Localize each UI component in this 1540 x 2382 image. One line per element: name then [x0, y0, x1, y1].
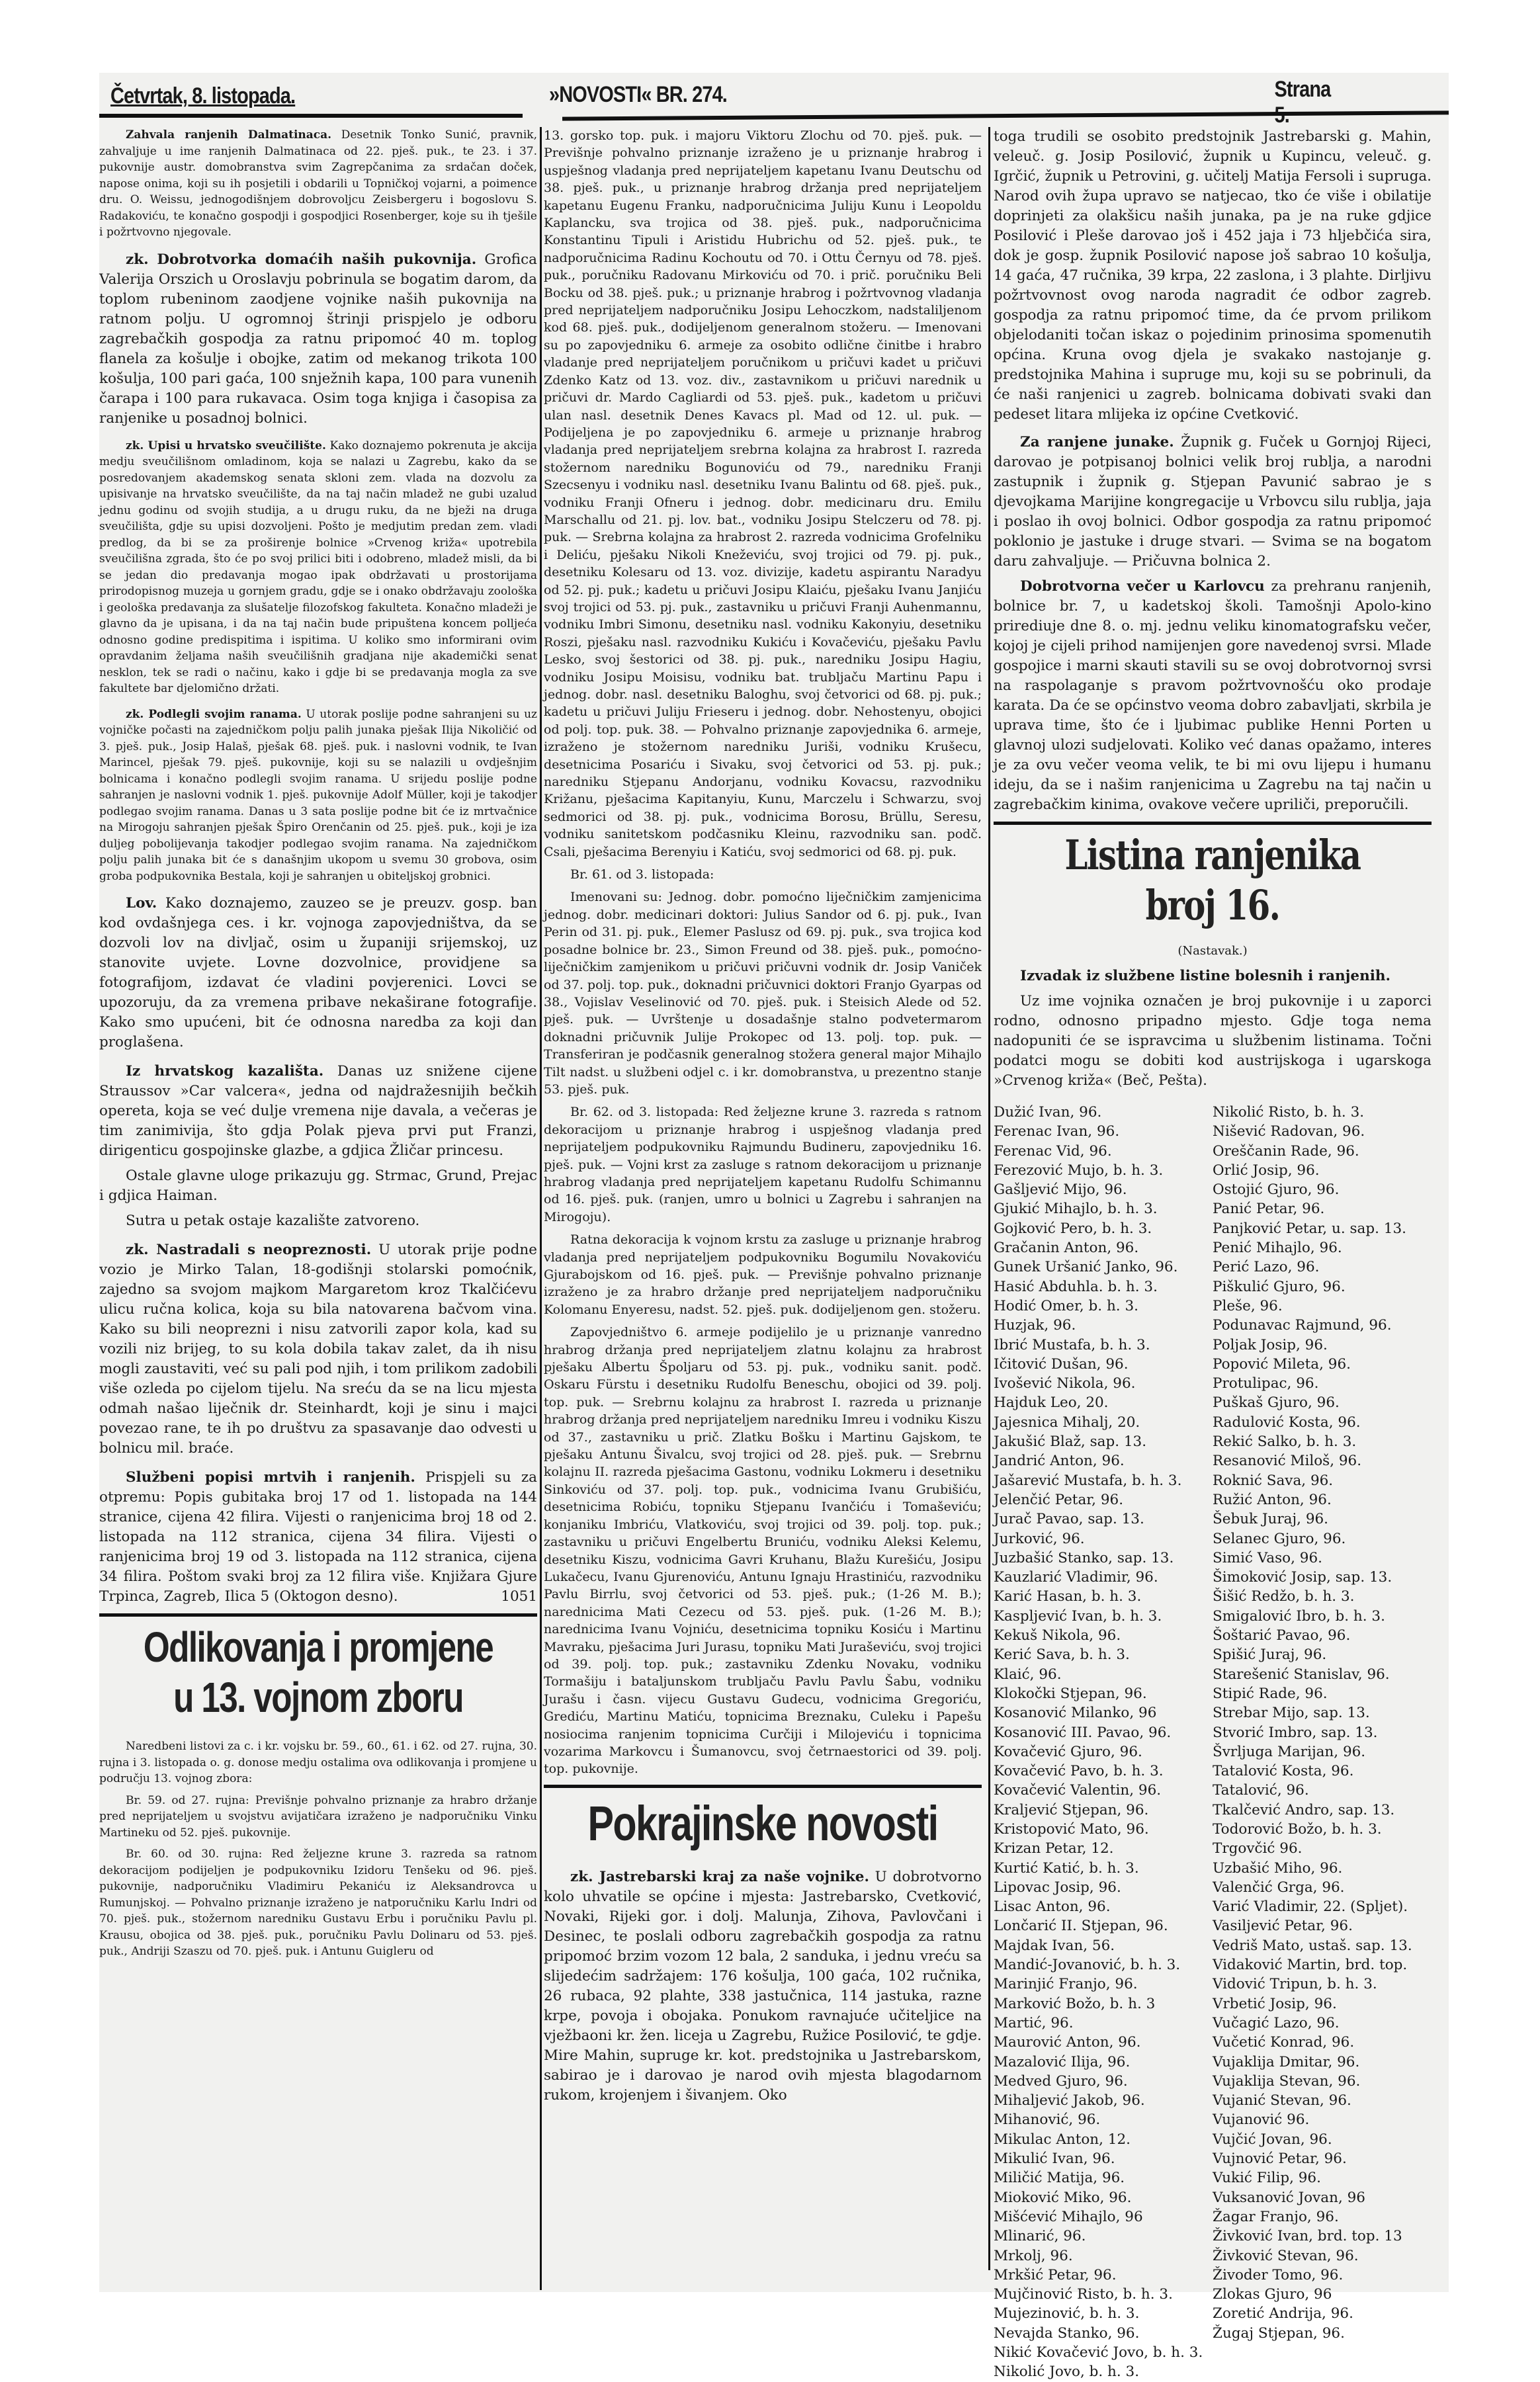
article-jastrebarski: zk. Jastrebarski kraj za naše vojnike. U… [544, 1867, 982, 2106]
list-item: Todorović Božo, b. h. 3. [1213, 1820, 1432, 1839]
article-podlegli: zk. Podlegli svojim ranama. U utorak pos… [99, 706, 537, 885]
list-item: Varić Vladimir, 22. (Spljet). [1213, 1897, 1432, 1916]
list-item: Mrkšić Petar, 96. [994, 2266, 1213, 2285]
list-item: Vujaklija Stevan, 96. [1213, 2072, 1432, 2091]
list-item: Mikulac Anton, 12. [994, 2130, 1213, 2149]
list-item: Švrljuga Marijan, 96. [1213, 1742, 1432, 1762]
list-item: Vuksanović Jovan, 96 [1213, 2188, 1432, 2207]
list-item: Mikulić Ivan, 96. [994, 2149, 1213, 2168]
list-item: Lipovac Josip, 96. [994, 1878, 1213, 1897]
ad-number: 1051 [474, 1587, 537, 1607]
zapovjednistvo-6-armeje: Zapovjedništvo 6. armeje podijelilo je u… [544, 1324, 982, 1778]
list-item: Vučetić Konrad, 96. [1213, 2033, 1432, 2052]
section-rule [99, 1613, 537, 1617]
list-item: Jajesnica Mihalj, 20. [994, 1413, 1213, 1432]
list-item: Jašarević Mustafa, b. h. 3. [994, 1471, 1213, 1490]
page-number: Strana 5. [1275, 77, 1331, 128]
list-item: Orlić Josip, 96. [1213, 1161, 1432, 1180]
list-item: Nišević Radovan, 96. [1213, 1122, 1432, 1141]
list-item: Vrbetić Josip, 96. [1213, 1994, 1432, 2014]
list-item: Miličić Matija, 96. [994, 2168, 1213, 2188]
list-item: Vujanović 96. [1213, 2110, 1432, 2129]
list-item: Zlokas Gjuro, 96 [1213, 2285, 1432, 2304]
list-item: Klaić, 96. [994, 1665, 1213, 1684]
article-nastradali: zk. Nastradali s neopreznosti. U utorak … [99, 1240, 537, 1459]
list-item: Simić Vaso, 96. [1213, 1549, 1432, 1568]
list-item: Stipić Rade, 96. [1213, 1684, 1432, 1703]
list-item: Huzjak, 96. [994, 1316, 1213, 1335]
list-item: Valenčić Grga, 96. [1213, 1878, 1432, 1897]
headline-pokrajinske-novosti: Pokrajinske novosti [587, 1793, 938, 1854]
list-item: Kurtić Katić, b. h. 3. [994, 1859, 1213, 1878]
list-item: Lisac Anton, 96. [994, 1897, 1213, 1916]
list-item: Gjukić Mihajlo, b. h. 3. [994, 1199, 1213, 1218]
list-item: Medved Gjuro, 96. [994, 2072, 1213, 2091]
list-item: Protulipac, 96. [1213, 1374, 1432, 1393]
list-item: Mišćević Mihajlo, 96 [994, 2207, 1213, 2227]
list-item: Marković Božo, b. h. 3 [994, 1994, 1213, 2014]
list-item: Živković Stevan, 96. [1213, 2246, 1432, 2266]
list-item: Ostojić Gjuro, 96. [1213, 1180, 1432, 1199]
list-item: Mandić-Jovanović, b. h. 3. [994, 1955, 1213, 1975]
ratna-dekoracija: Ratna dekoracija k vojnom krstu za zaslu… [544, 1231, 982, 1318]
masthead: Četvrtak, 8. listopada. »NOVOSTI« BR. 27… [99, 73, 1246, 119]
article-zahvala: Zahvala ranjenih Dalmatinaca. Desetnik T… [99, 127, 537, 241]
list-item: Kovačević Gjuro, 96. [994, 1742, 1213, 1762]
list-item: Mlinarić, 96. [994, 2227, 1213, 2246]
list-item: Šoštarić Pavao, 96. [1213, 1626, 1432, 1645]
list-item: Puškaš Gjuro, 96. [1213, 1393, 1432, 1412]
list-item: Jurač Pavao, sap. 13. [994, 1510, 1213, 1529]
list-item: Poljak Josip, 96. [1213, 1336, 1432, 1355]
list-item: Klokočki Stjepan, 96. [994, 1684, 1213, 1703]
list-item: Lončarić II. Stjepan, 96. [994, 1916, 1213, 1935]
list-item: Strebar Mijo, sap. 13. [1213, 1703, 1432, 1723]
wounded-names-list: Dužić Ivan, 96.Ferenac Ivan, 96.Ferenac … [994, 1103, 1432, 2307]
list-item: Ružić Anton, 96. [1213, 1490, 1432, 1510]
list-item: Mihanović, 96. [994, 2110, 1213, 2129]
list-item: Ibrić Mustafa, b. h. 3. [994, 1336, 1213, 1355]
list-item: Kekuš Nikola, 96. [994, 1626, 1213, 1645]
list-item: Gašljević Mijo, 96. [994, 1180, 1213, 1199]
masthead-rule-left [99, 114, 523, 118]
list-item: Jurković, 96. [994, 1529, 1213, 1549]
list-item: Hodić Omer, b. h. 3. [994, 1297, 1213, 1316]
list-item: Ferenac Vid, 96. [994, 1142, 1213, 1161]
br61-text: Imenovani su: Jednog. dobr. pomoćno lije… [544, 888, 982, 1098]
list-item: Ferenac Ivan, 96. [994, 1122, 1213, 1141]
article-kazaliste-2: Ostale glavne uloge prikazuju gg. Strmac… [99, 1166, 537, 1206]
list-item: Roknić Sava, 96. [1213, 1471, 1432, 1490]
list-item: Ičitović Dušan, 96. [994, 1355, 1213, 1374]
list-item: Vidaković Martin, brd. top. [1213, 1955, 1432, 1975]
list-item: Vukić Filip, 96. [1213, 2168, 1432, 2188]
list-item: Vasiljević Petar, 96. [1213, 1916, 1432, 1935]
list-item: Panjković Petar, u. sap. 13. [1213, 1219, 1432, 1238]
odlikovanja-br60: Br. 60. od 30. rujna: Red željezne krune… [99, 1846, 537, 1960]
list-item: Popović Mileta, 96. [1213, 1355, 1432, 1374]
odlikovanja-br59: Br. 59. od 27. rujna: Previšnje pohvalno… [99, 1793, 537, 1842]
list-item: Jandrić Anton, 96. [994, 1451, 1213, 1470]
list-item: Zoretić Andrija, 96. [1213, 2304, 1432, 2307]
headline-odlikovanja: Odlikovanja i promjene u 13. vojnom zbor… [143, 1622, 493, 1723]
list-item: Kerić Sava, b. h. 3. [994, 1645, 1213, 1664]
list-item: Gunek Uršanić Janko, 96. [994, 1257, 1213, 1277]
list-item: Kaspljević Ivan, b. h. 3. [994, 1607, 1213, 1626]
list-item: Rekić Salko, b. h. 3. [1213, 1432, 1432, 1451]
listina-lead: Izvadak iz službene listine bolesnih i r… [994, 966, 1432, 986]
decorations-list: 13. gorsko top. puk. i majoru Viktoru Zl… [544, 127, 982, 861]
article-popisi: Službeni popisi mrtvih i ranjenih. Prisp… [99, 1468, 537, 1607]
list-item: Vujanić Stevan, 96. [1213, 2091, 1432, 2110]
list-item: Vidović Tripun, b. h. 3. [1213, 1975, 1432, 1994]
br62-text: Br. 62. od 3. listopada: Red željezne kr… [544, 1103, 982, 1226]
list-item: Spišić Juraj, 96. [1213, 1645, 1432, 1664]
list-item: Juzbašić Stanko, sap. 13. [994, 1549, 1213, 1568]
column-1: Zahvala ranjenih Dalmatinaca. Desetnik T… [99, 127, 537, 1965]
article-kazaliste: Iz hrvatskog kazališta. Danas uz snižene… [99, 1062, 537, 1161]
list-item: Živoder Tomo, 96. [1213, 2266, 1432, 2285]
article-upisi: zk. Upisi u hrvatsko sveučilište. Kako d… [99, 438, 537, 697]
list-item: Žagar Franjo, 96. [1213, 2207, 1432, 2227]
list-item: Ivošević Nikola, 96. [994, 1374, 1213, 1393]
newspaper-page: Četvrtak, 8. listopada. »NOVOSTI« BR. 27… [99, 73, 1449, 2292]
list-item: Šebuk Juraj, 96. [1213, 1510, 1432, 1529]
jastrebarski-continued: toga trudili se osobito predstojnik Jast… [994, 127, 1432, 425]
list-item: Šišić Redžo, b. h. 3. [1213, 1587, 1432, 1606]
list-item: Kraljević Stjepan, 96. [994, 1801, 1213, 1820]
list-item: Starešenić Stanislav, 96. [1213, 1665, 1432, 1684]
column-2: 13. gorsko top. puk. i majoru Viktoru Zl… [544, 127, 982, 2111]
list-item: Ferezović Mujo, b. h. 3. [994, 1161, 1213, 1180]
list-item: Kristopović Mato, 96. [994, 1820, 1213, 1839]
list-item: Stvorić Imbro, sap. 13. [1213, 1723, 1432, 1742]
list-item: Kovačević Valentin, 96. [994, 1781, 1213, 1800]
list-item: Radulović Kosta, 96. [1213, 1413, 1432, 1432]
list-item: Mrkolj, 96. [994, 2246, 1213, 2266]
list-item: Mioković Miko, 96. [994, 2188, 1213, 2207]
list-item: Mazalović Ilija, 96. [994, 2053, 1213, 2072]
list-item: Kauzlarić Vladimir, 96. [994, 1568, 1213, 1587]
column-divider [988, 127, 990, 2270]
br61-title: Br. 61. od 3. listopada: [544, 866, 982, 883]
list-item: Dužić Ivan, 96. [994, 1103, 1213, 1122]
list-item: Karić Hasan, b. h. 3. [994, 1587, 1213, 1606]
article-karlovac: Dobrotvorna večer u Karlovcu za prehranu… [994, 577, 1432, 815]
list-item: Martić, 96. [994, 2014, 1213, 2033]
list-item: Kosanović Milanko, 96 [994, 1703, 1213, 1723]
list-item: Krizan Petar, 12. [994, 1839, 1213, 1858]
list-item: Vujčić Jovan, 96. [1213, 2130, 1432, 2149]
article-ranjene-junake: Za ranjene junake. Župnik g. Fuček u Gor… [994, 433, 1432, 572]
headline-listina-ranjenika: Listina ranjenika broj 16. [1037, 830, 1388, 931]
list-item: Marinjić Franjo, 96. [994, 1975, 1213, 1994]
article-dobrotvorka: zk. Dobrotvorka domaćih naših pukovnija.… [99, 250, 537, 429]
list-item: Panić Petar, 96. [1213, 1199, 1432, 1218]
names-column-right: Nikolić Risto, b. h. 3.Nišević Radovan, … [1213, 1103, 1432, 2307]
list-item: Gojković Pero, b. h. 3. [994, 1219, 1213, 1238]
article-lov: Lov. Kako doznajemo, zauzeo se je preuzv… [99, 894, 537, 1052]
column-3: toga trudili se osobito predstojnik Jast… [994, 127, 1432, 2307]
list-item: Živković Ivan, brd. top. 13 [1213, 2227, 1432, 2246]
list-item: Jakušić Blaž, sap. 13. [994, 1432, 1213, 1451]
list-item: Uzbašić Miho, 96. [1213, 1859, 1432, 1878]
list-item: Kovačević Pavo, b. h. 3. [994, 1762, 1213, 1781]
paper-title: »NOVOSTI« BR. 274. [549, 82, 727, 108]
list-item: Nikolić Risto, b. h. 3. [1213, 1103, 1432, 1122]
list-item: Oreščanin Rade, 96. [1213, 1142, 1432, 1161]
list-item: Kosanović III. Pavao, 96. [994, 1723, 1213, 1742]
list-item: Resanović Miloš, 96. [1213, 1451, 1432, 1470]
list-item: Smigalović Ibro, b. h. 3. [1213, 1607, 1432, 1626]
list-item: Hajduk Leo, 20. [994, 1393, 1213, 1412]
column-divider [540, 127, 542, 2290]
list-item: Jelenčić Petar, 96. [994, 1490, 1213, 1510]
list-item: Piškulić Gjuro, 96. [1213, 1277, 1432, 1297]
list-item: Vujaklija Dmitar, 96. [1213, 2053, 1432, 2072]
list-item: Šimoković Josip, sap. 13. [1213, 1568, 1432, 1587]
list-item: Trgovčić 96. [1213, 1839, 1432, 1858]
names-column-left: Dužić Ivan, 96.Ferenac Ivan, 96.Ferenac … [994, 1103, 1213, 2307]
list-item: Perić Lazo, 96. [1213, 1257, 1432, 1277]
list-item: Mihaljević Jakob, 96. [994, 2091, 1213, 2110]
listina-subtitle: (Nastavak.) [994, 941, 1432, 961]
list-item: Vučagić Lazo, 96. [1213, 2014, 1432, 2033]
list-item: Tatalović Kosta, 96. [1213, 1762, 1432, 1781]
list-item: Maurović Anton, 96. [994, 2033, 1213, 2052]
list-item: Selanec Gjuro, 96. [1213, 1529, 1432, 1549]
list-item: Gračanin Anton, 96. [994, 1238, 1213, 1257]
issue-date: Četvrtak, 8. listopada. [110, 83, 295, 109]
list-item: Mujčinović Risto, b. h. 3. [994, 2285, 1213, 2304]
list-item: Hasić Abduhla. b. h. 3. [994, 1277, 1213, 1297]
list-item: Penić Mihajlo, 96. [1213, 1238, 1432, 1257]
list-item: Mujezinović, b. h. 3. [994, 2304, 1213, 2307]
article-kazaliste-3: Sutra u petak ostaje kazalište zatvoreno… [99, 1211, 537, 1231]
listina-intro: Uz ime vojnika označen je broj pukovnije… [994, 992, 1432, 1091]
list-item: Vedriš Mato, ustaš. sap. 13. [1213, 1936, 1432, 1955]
list-item: Tatalović, 96. [1213, 1781, 1432, 1800]
list-item: Majdak Ivan, 56. [994, 1936, 1213, 1955]
section-rule [994, 822, 1432, 825]
list-item: Pleše, 96. [1213, 1297, 1432, 1316]
list-item: Vujnović Petar, 96. [1213, 2149, 1432, 2168]
list-item: Podunavac Rajmund, 96. [1213, 1316, 1432, 1335]
list-item: Tkalčević Andro, sap. 13. [1213, 1801, 1432, 1820]
odlikovanja-intro: Naredbeni listovi za c. i kr. vojsku br.… [99, 1738, 537, 1787]
section-rule [544, 1785, 982, 1788]
